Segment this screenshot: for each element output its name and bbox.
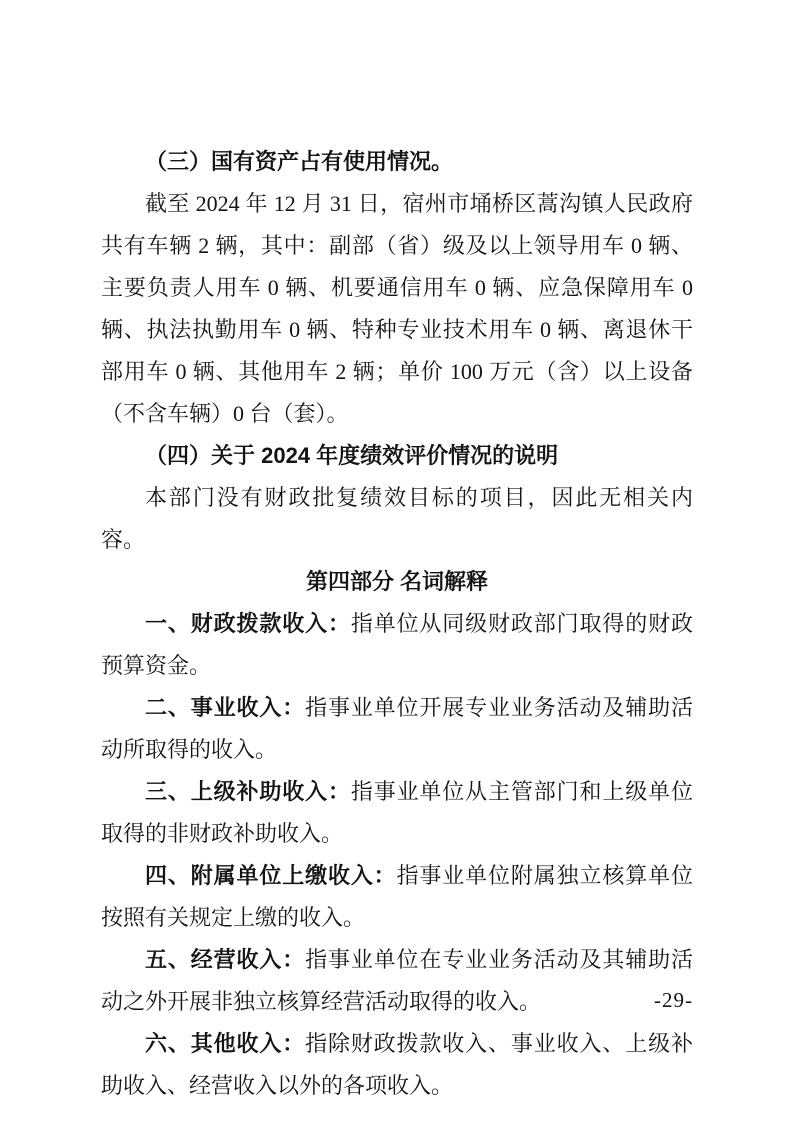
- definition-term-3: 三、上级补助收入：: [145, 779, 351, 804]
- section-heading-performance: （四）关于 2024 年度绩效评价情况的说明: [101, 435, 693, 477]
- part4-title: 第四部分 名词解释: [101, 561, 693, 603]
- page-number: -29-: [654, 988, 693, 1012]
- definition-item-3: 三、上级补助收入：指事业单位从主管部门和上级单位取得的非财政补助收入。: [101, 771, 693, 855]
- definition-term-2: 二、事业收入：: [145, 695, 305, 720]
- page-content: （三）国有资产占有使用情况。 截至 2024 年 12 月 31 日，宿州市埇桥…: [101, 141, 693, 1107]
- definition-item-2: 二、事业收入：指事业单位开展专业业务活动及辅助活动所取得的收入。: [101, 687, 693, 771]
- definition-term-1: 一、财政拨款收入：: [145, 611, 351, 636]
- definition-item-4: 四、附属单位上缴收入：指事业单位附属独立核算单位按照有关规定上缴的收入。: [101, 855, 693, 939]
- definition-term-5: 五、经营收入：: [145, 947, 305, 972]
- definition-item-6: 六、其他收入：指除财政拨款收入、事业收入、上级补助收入、经营收入以外的各项收入。: [101, 1023, 693, 1107]
- performance-paragraph: 本部门没有财政批复绩效目标的项目，因此无相关内容。: [101, 477, 693, 561]
- section-heading-state-assets: （三）国有资产占有使用情况。: [101, 141, 693, 183]
- definition-term-6: 六、其他收入：: [145, 1031, 305, 1056]
- document-page: （三）国有资产占有使用情况。 截至 2024 年 12 月 31 日，宿州市埇桥…: [0, 0, 793, 1122]
- definition-term-4: 四、附属单位上缴收入：: [145, 863, 397, 888]
- state-assets-paragraph: 截至 2024 年 12 月 31 日，宿州市埇桥区蒿沟镇人民政府共有车辆 2 …: [101, 183, 693, 435]
- definition-item-5: 五、经营收入：指事业单位在专业业务活动及其辅助活动之外开展非独立核算经营活动取得…: [101, 939, 693, 1023]
- definition-item-1: 一、财政拨款收入：指单位从同级财政部门取得的财政预算资金。: [101, 603, 693, 687]
